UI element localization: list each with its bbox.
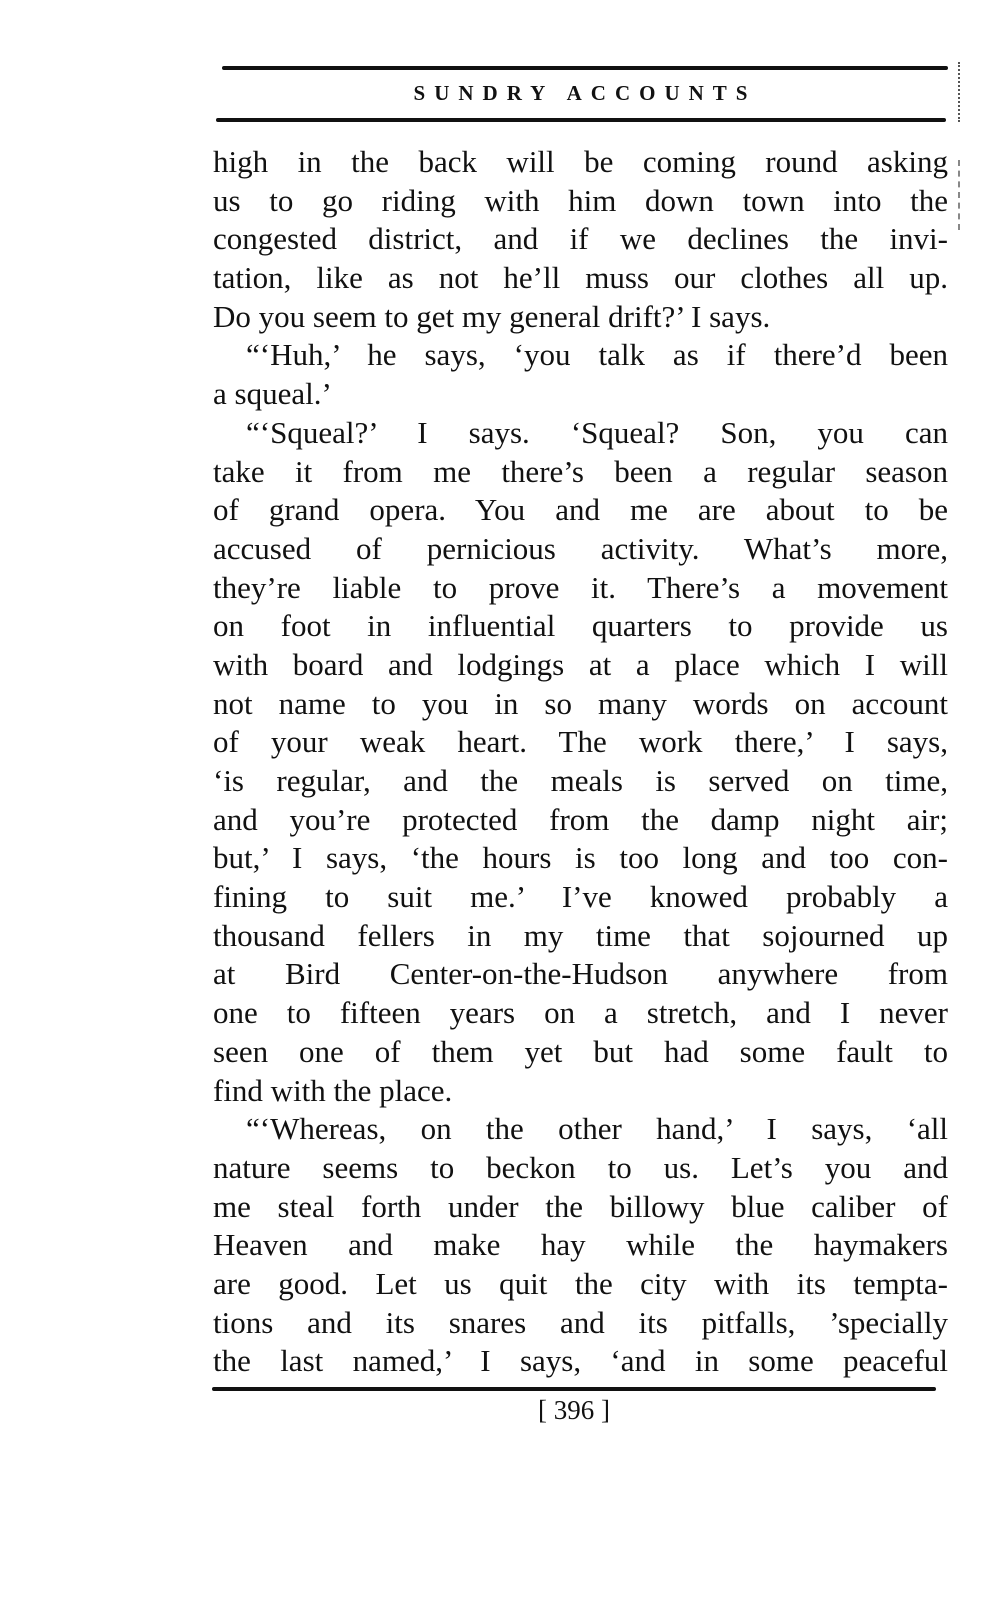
text-line: on foot in influential quarters to provi…: [213, 607, 948, 646]
text-line: take it from me there’s been a regular s…: [213, 453, 948, 492]
text-line: high in the back will be coming round as…: [213, 143, 948, 182]
body-text: high in the back will be coming round as…: [213, 143, 948, 1381]
text-line: are good. Let us quit the city with its …: [213, 1265, 948, 1304]
text-line: tions and its snares and its pitfalls, ’…: [213, 1304, 948, 1343]
header-rule-top: [222, 66, 948, 70]
text-line: congested district, and if we declines t…: [213, 220, 948, 259]
text-line: me steal forth under the billowy blue ca…: [213, 1188, 948, 1227]
text-line: and you’re protected from the damp night…: [213, 801, 948, 840]
text-line: one to fifteen years on a stretch, and I…: [213, 994, 948, 1033]
text-line: seen one of them yet but had some fault …: [213, 1033, 948, 1072]
text-line: nature seems to beckon to us. Let’s you …: [213, 1149, 948, 1188]
text-line: at Bird Center-on-the-Hudson anywhere fr…: [213, 955, 948, 994]
text-line: accused of pernicious activity. What’s m…: [213, 530, 948, 569]
header-rule-bottom: [216, 118, 946, 122]
text-line: with board and lodgings at a place which…: [213, 646, 948, 685]
text-line: Heaven and make hay while the haymakers: [213, 1226, 948, 1265]
text-line: fining to suit me.’ I’ve knowed probably…: [213, 878, 948, 917]
footer-rule: [212, 1387, 936, 1391]
text-line: they’re liable to prove it. There’s a mo…: [213, 569, 948, 608]
margin-scan-mark: [958, 160, 962, 230]
text-line: the last named,’ I says, ‘and in some pe…: [213, 1342, 948, 1381]
text-line: “‘Whereas, on the other hand,’ I says, ‘…: [213, 1110, 948, 1149]
book-page: SUNDRY ACCOUNTS high in the back will be…: [0, 0, 1000, 1597]
running-head: SUNDRY ACCOUNTS: [222, 78, 948, 108]
text-line: of your weak heart. The work there,’ I s…: [213, 723, 948, 762]
text-line: thousand fellers in my time that sojourn…: [213, 917, 948, 956]
text-line: but,’ I says, ‘the hours is too long and…: [213, 839, 948, 878]
page-number: [ 396 ]: [474, 1392, 674, 1428]
text-line: Do you seem to get my general drift?’ I …: [213, 298, 948, 337]
text-line: not name to you in so many words on acco…: [213, 685, 948, 724]
text-line: find with the place.: [213, 1072, 948, 1111]
text-line: us to go riding with him down town into …: [213, 182, 948, 221]
text-line: ‘is regular, and the meals is served on …: [213, 762, 948, 801]
text-line: of grand opera. You and me are about to …: [213, 491, 948, 530]
margin-scan-mark: [958, 62, 962, 122]
text-line: “‘Huh,’ he says, ‘you talk as if there’d…: [213, 336, 948, 375]
text-line: tation, like as not he’ll muss our cloth…: [213, 259, 948, 298]
text-line: “‘Squeal?’ I says. ‘Squeal? Son, you can: [213, 414, 948, 453]
text-line: a squeal.’: [213, 375, 948, 414]
